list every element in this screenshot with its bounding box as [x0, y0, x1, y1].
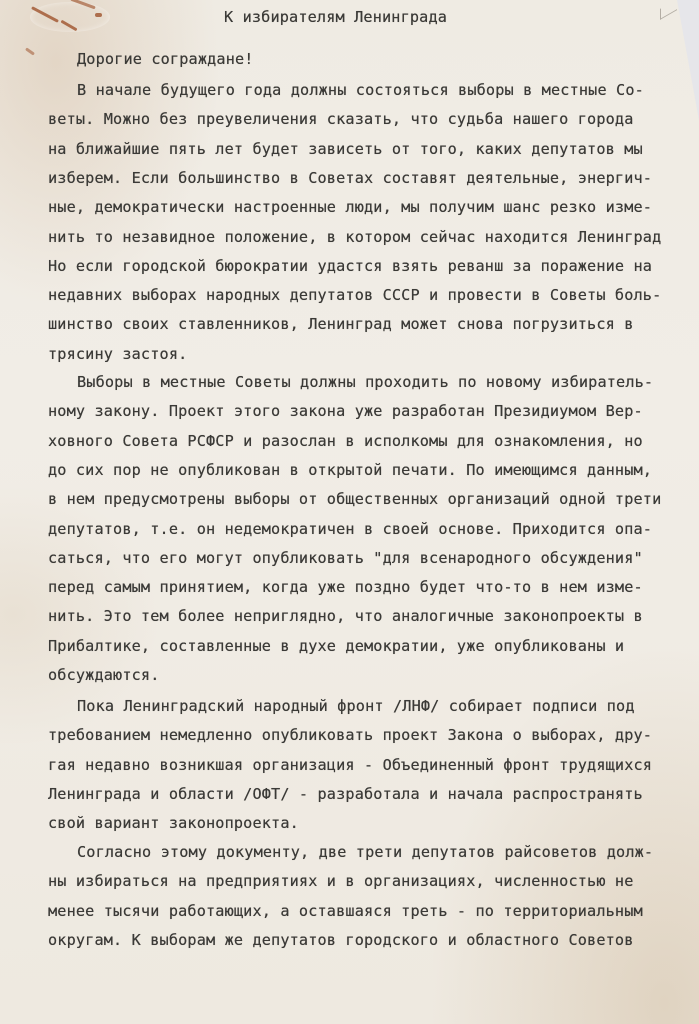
text-line: В начале будущего года должны состояться…	[77, 81, 644, 99]
text-line: шинство своих ставленников, Ленинград мо…	[48, 315, 634, 333]
text-line: саться, что его могут опубликовать "для …	[48, 549, 643, 567]
fold-mark	[660, 0, 677, 20]
text-line: требованием немедленно опубликовать прое…	[48, 726, 652, 744]
text-line: Выборы в местные Советы должны проходить…	[77, 373, 653, 391]
text-line: Пока Ленинградский народный фронт /ЛНФ/ …	[77, 697, 635, 715]
salutation: Дорогие сограждане!	[77, 50, 254, 68]
text-line: ны избираться на предприятиях и в органи…	[48, 872, 634, 890]
text-line: трясину застоя.	[48, 345, 187, 363]
text-line: нить то незавидное положение, в котором …	[48, 228, 661, 246]
torn-corner	[677, 0, 699, 120]
text-line: гая недавно возникшая организация - Объе…	[48, 756, 652, 774]
text-line: до сих пор не опубликован в открытой печ…	[48, 461, 652, 479]
text-line: Согласно этому документу, две трети депу…	[77, 843, 653, 861]
text-line: нить. Это тем более неприглядно, что ана…	[48, 607, 643, 625]
typewritten-page: К избирателям Ленинграда Дорогие согражд…	[0, 0, 699, 1024]
text-line: ному закону. Проект этого закона уже раз…	[48, 402, 643, 420]
text-line: недавних выборах народных депутатов СССР…	[48, 286, 661, 304]
text-line: ховного Совета РСФСР и разослан в исполк…	[48, 432, 643, 450]
text-line: на ближайшие пять лет будет зависеть от …	[48, 140, 643, 158]
text-line: обсуждаются.	[48, 666, 160, 684]
rust-stain	[95, 13, 102, 17]
text-line: Но если городской бюрократии удастся взя…	[48, 257, 652, 275]
text-line: Ленинграда и области /ОФТ/ - разработала…	[48, 785, 643, 803]
text-line: свой вариант законопроекта.	[48, 814, 299, 832]
text-line: менее тысячи работающих, а оставшаяся тр…	[48, 902, 643, 920]
document-title: К избирателям Ленинграда	[224, 8, 447, 26]
text-line: депутатов, т.е. он недемократичен в свое…	[48, 520, 652, 538]
text-line: изберем. Если большинство в Советах сост…	[48, 169, 652, 187]
rust-stain	[25, 47, 35, 55]
text-line: веты. Можно без преувеличения сказать, ч…	[48, 110, 634, 128]
text-line: ные, демократически настроенные люди, мы…	[48, 198, 652, 216]
text-line: перед самым принятием, когда уже поздно …	[48, 578, 643, 596]
text-line: Прибалтике, составленные в духе демократ…	[48, 637, 624, 655]
text-line: округам. К выборам же депутатов городско…	[48, 931, 634, 949]
text-line: в нем предусмотрены выборы от общественн…	[48, 490, 661, 508]
